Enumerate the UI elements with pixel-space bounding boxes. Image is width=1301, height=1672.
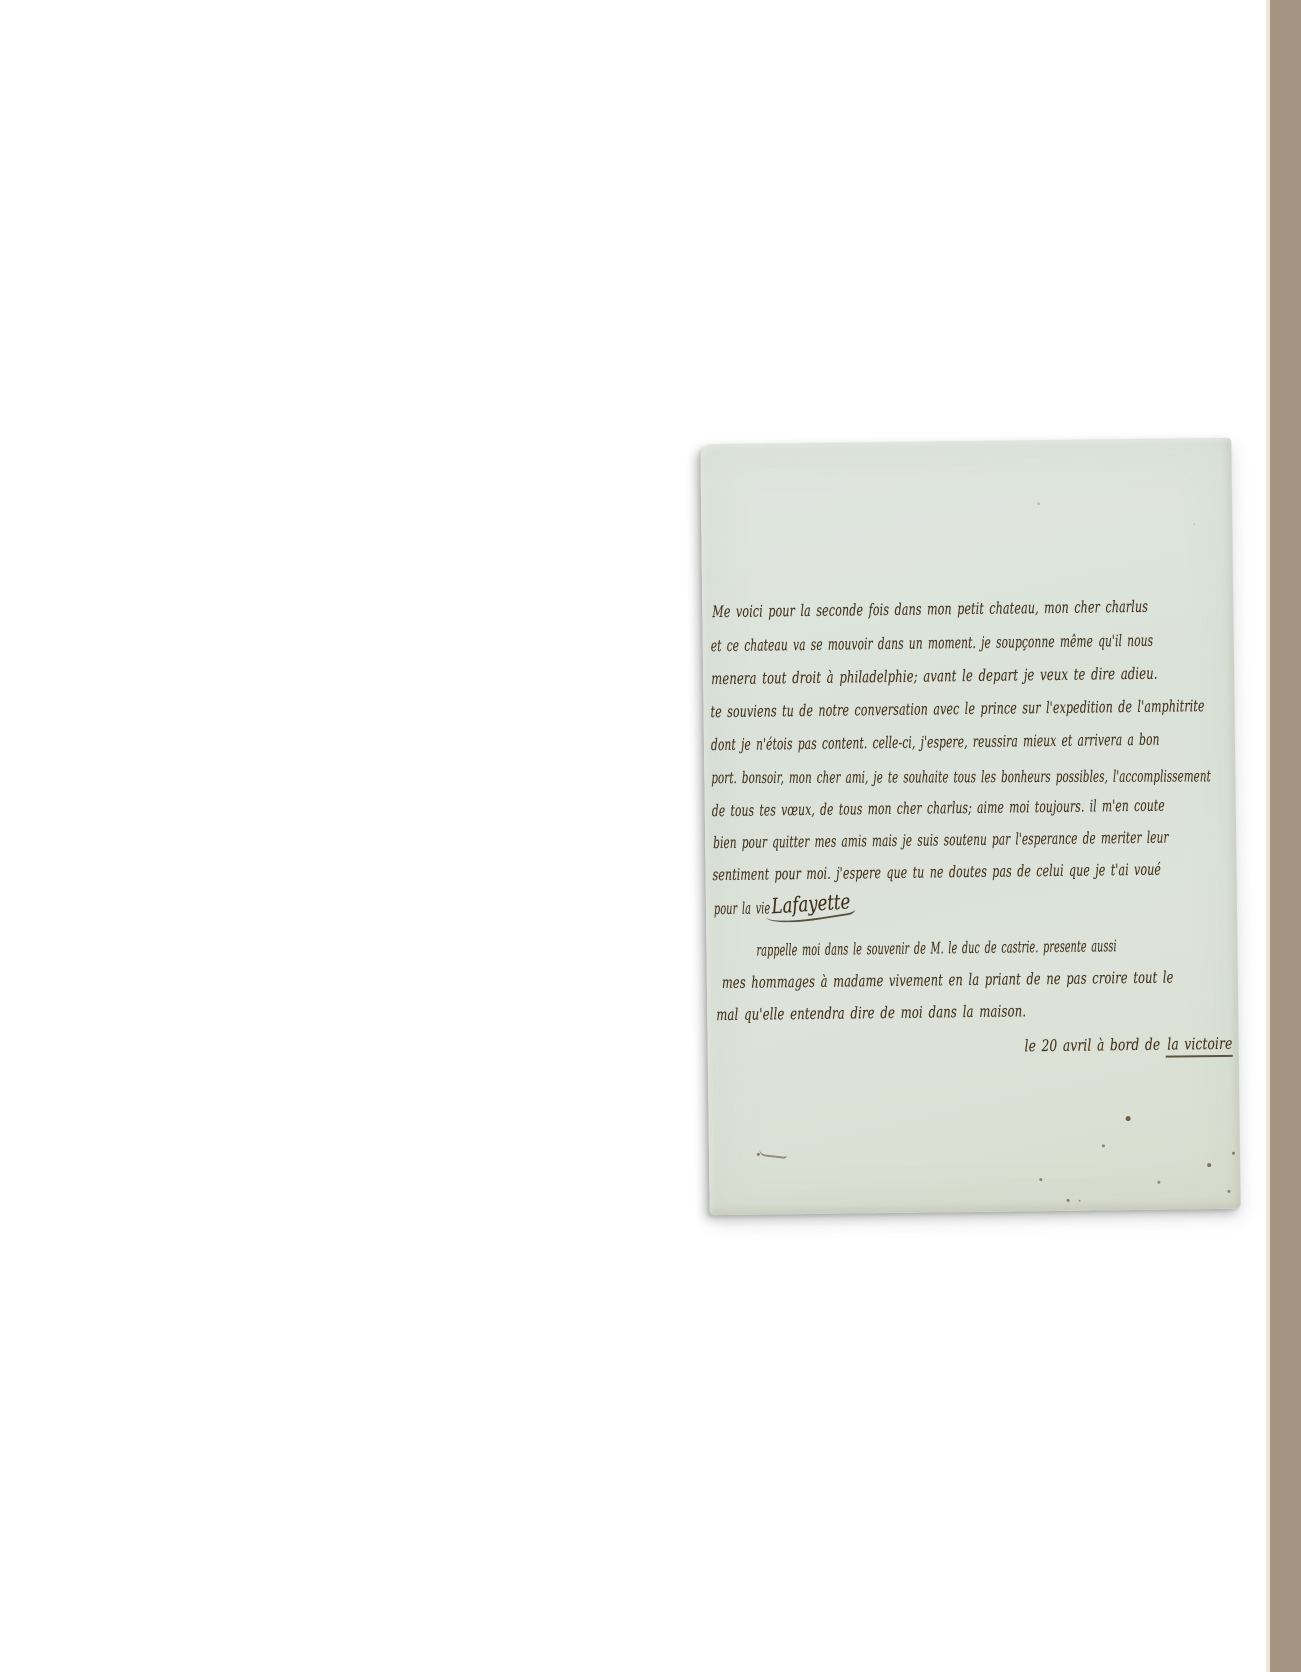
foxing-spots <box>700 438 1231 444</box>
letter-line: de tous tes vœux, de tous mon cher charl… <box>712 796 1165 822</box>
dateline-ship-name: la victoire <box>1166 1034 1233 1058</box>
letter-dateline: le 20 avril à bord de la victoire <box>1025 1034 1233 1057</box>
foxing-spot <box>1067 1199 1070 1202</box>
letter-line: menera tout droit à philadelphie; avant … <box>711 664 1158 689</box>
paper-shading-overlay <box>700 438 1240 1215</box>
letter-line: sentiment pour moi. j'espere que tu ne d… <box>712 860 1161 885</box>
ink-scratch-mark <box>759 1149 788 1159</box>
letter-line: port. bonsoir, mon cher ami, je te souha… <box>711 766 1211 788</box>
foxing-spot <box>1126 1116 1131 1121</box>
foxing-spot <box>1207 1163 1211 1167</box>
foxing-spot <box>1037 502 1040 505</box>
photo-backdrop: Me voici pour la seconde fois dans mon p… <box>0 0 1301 1672</box>
letter-line: mal qu'elle entendra dire de moi dans la… <box>716 1001 1026 1025</box>
letter-line: et ce chateau va se mouvoir dans un mome… <box>711 631 1154 656</box>
dateline-text: le 20 avril à bord de <box>1025 1035 1166 1056</box>
foxing-spot <box>1039 1178 1042 1181</box>
closing-phrase: pour la vie <box>714 898 771 919</box>
foxing-spot <box>1157 1181 1160 1184</box>
foxing-spot <box>1232 1152 1235 1155</box>
manuscript-letter: Me voici pour la seconde fois dans mon p… <box>700 438 1240 1215</box>
letter-line: bien pour quitter mes amis mais je suis … <box>713 828 1169 854</box>
letter-line: Me voici pour la seconde fois dans mon p… <box>712 597 1148 622</box>
letter-line: rappelle moi dans le souvenir de M. le d… <box>756 936 1116 960</box>
foxing-spot <box>1102 1144 1105 1147</box>
foxing-spot <box>1227 1190 1230 1193</box>
letter-line: te souviens tu de notre conversation ave… <box>710 696 1204 722</box>
foxing-spot <box>1193 523 1195 525</box>
margin-stripe <box>1270 0 1301 1672</box>
foxing-spot <box>1079 1200 1081 1202</box>
letter-text-block: Me voici pour la seconde fois dans mon p… <box>700 438 1231 444</box>
letter-line: dont je n'étois pas content. celle-ci, j… <box>711 730 1160 755</box>
letter-line: mes hommages à madame vivement en la pri… <box>722 968 1174 994</box>
lafayette-signature: Lafayette <box>771 889 851 918</box>
